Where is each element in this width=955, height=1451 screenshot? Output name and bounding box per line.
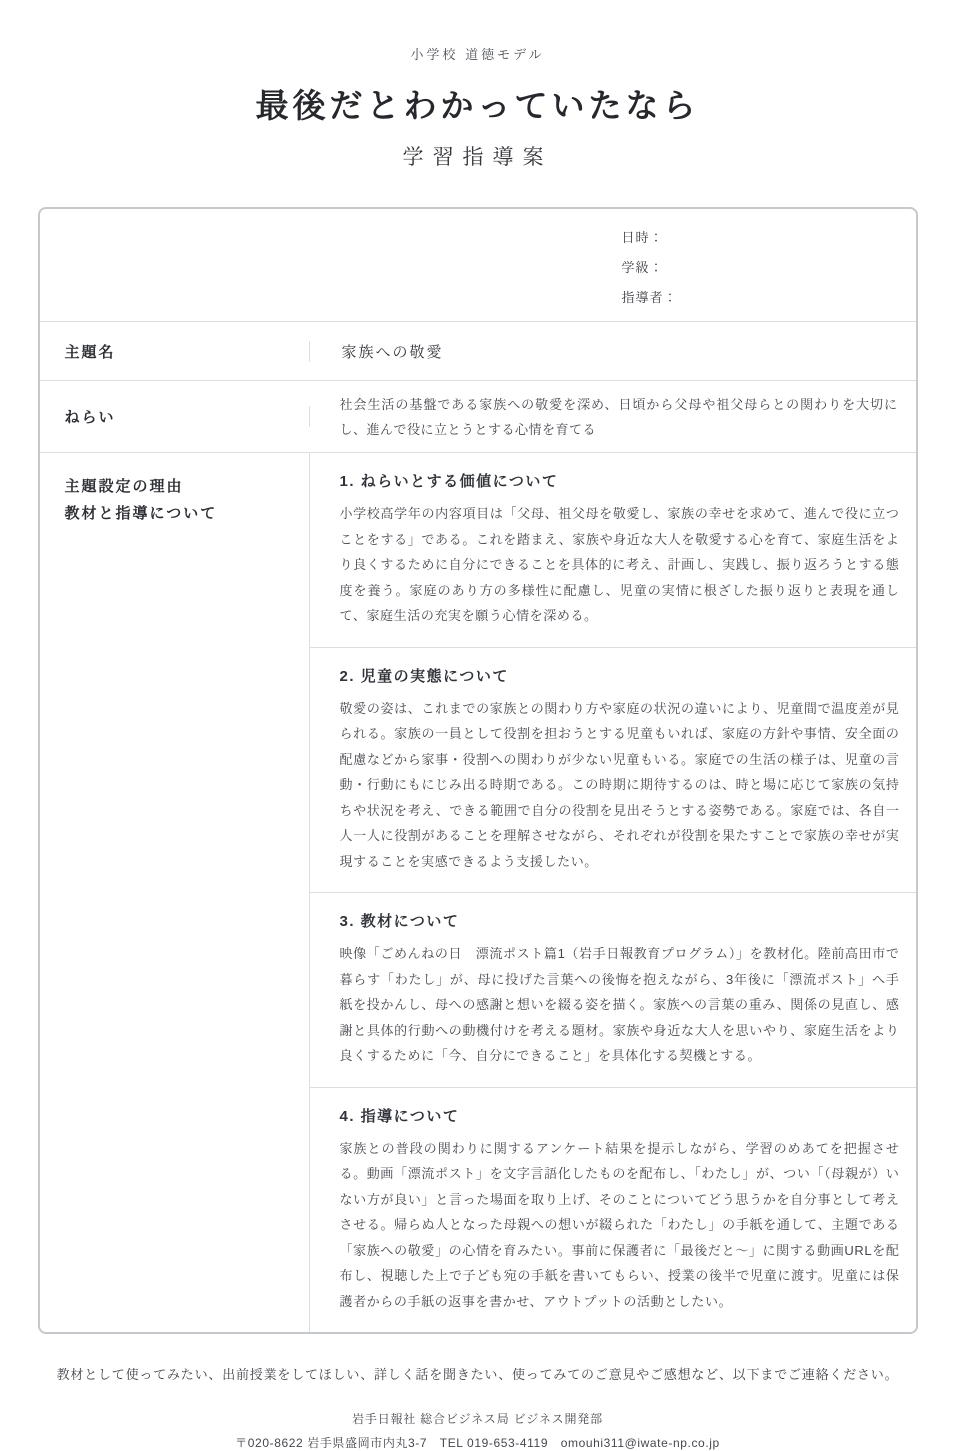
section-teaching-material: 3. 教材について 映像「ごめんねの日 漂流ポスト篇1（岩手日報教育プログラム）… [310,892,916,1087]
section-4-body: 家族との普段の関わりに関するアンケート結果を提示しながら、学習のめあてを把握させ… [340,1136,900,1315]
reason-sections: 1. ねらいとする価値について 小学校高学年の内容項目は「父母、祖父母を敬愛し、… [310,453,916,1332]
theme-row: 主題名 家族への敬愛 [40,322,916,380]
section-1-body: 小学校高学年の内容項目は「父母、祖父母を敬愛し、家族の幸せを求めて、進んで役に立… [340,501,900,629]
contact-organization: 岩手日報社 総合ビジネス局 ビジネス開発部 [0,1410,955,1427]
section-3-heading: 3. 教材について [340,910,900,931]
lesson-plan-page: { "header": { "eyebrow": "小学校 道徳モデル", "t… [0,0,955,1350]
contact-note: 教材として使ってみたい、出前授業をしてほしい、詳しく話を聞きたい、使ってみてのご… [0,1364,955,1383]
reason-label: 主題設定の理由 教材と指導について [40,453,310,1332]
meta-teacher-label: 指導者： [622,283,916,313]
aim-value: 社会生活の基盤である家族への敬愛を深め、日頃から父母や祖父母らとの関わりを大切に… [310,382,916,452]
page-subtitle: 学習指導案 [0,141,955,171]
reason-row: 主題設定の理由 教材と指導について 1. ねらいとする価値について 小学校高学年… [40,452,916,1332]
lesson-plan-card: 日時： 学級： 指導者： 主題名 家族への敬愛 ねらい 社会生活の基盤である家族… [38,207,918,1334]
reason-label-line2: 教材と指導について [65,500,309,527]
aim-row: ねらい 社会生活の基盤である家族への敬愛を深め、日頃から父母や祖父母らとの関わり… [40,380,916,452]
contact-address: 〒020-8622 岩手県盛岡市内丸3-7 TEL 019-653-4119 o… [0,1434,955,1451]
meta-date-label: 日時： [622,223,916,253]
section-3-body: 映像「ごめんねの日 漂流ポスト篇1（岩手日報教育プログラム）」を教材化。陸前高田… [340,941,900,1069]
meta-block: 日時： 学級： 指導者： [40,209,916,322]
model-eyebrow: 小学校 道徳モデル [0,44,955,63]
page-title: 最後だとわかっていたなら [0,80,955,127]
section-guidance: 4. 指導について 家族との普段の関わりに関するアンケート結果を提示しながら、学… [310,1087,916,1333]
section-children-reality: 2. 児童の実態について 敬愛の姿は、これまでの家族との関わり方や家庭の状況の違… [310,647,916,893]
theme-label: 主題名 [40,341,310,362]
section-4-heading: 4. 指導について [340,1105,900,1126]
reason-label-line1: 主題設定の理由 [65,473,309,500]
document-header: 小学校 道徳モデル 最後だとわかっていたなら 学習指導案 [0,0,955,171]
aim-label: ねらい [40,406,310,427]
theme-value: 家族への敬愛 [310,341,916,362]
meta-class-label: 学級： [622,253,916,283]
section-value-aim: 1. ねらいとする価値について 小学校高学年の内容項目は「父母、祖父母を敬愛し、… [310,453,916,647]
section-2-heading: 2. 児童の実態について [340,665,900,686]
section-2-body: 敬愛の姿は、これまでの家族との関わり方や家庭の状況の違いにより、児童間で温度差が… [340,696,900,875]
document-footer: 教材として使ってみたい、出前授業をしてほしい、詳しく話を聞きたい、使ってみてのご… [0,1364,955,1451]
section-1-heading: 1. ねらいとする価値について [340,470,900,491]
